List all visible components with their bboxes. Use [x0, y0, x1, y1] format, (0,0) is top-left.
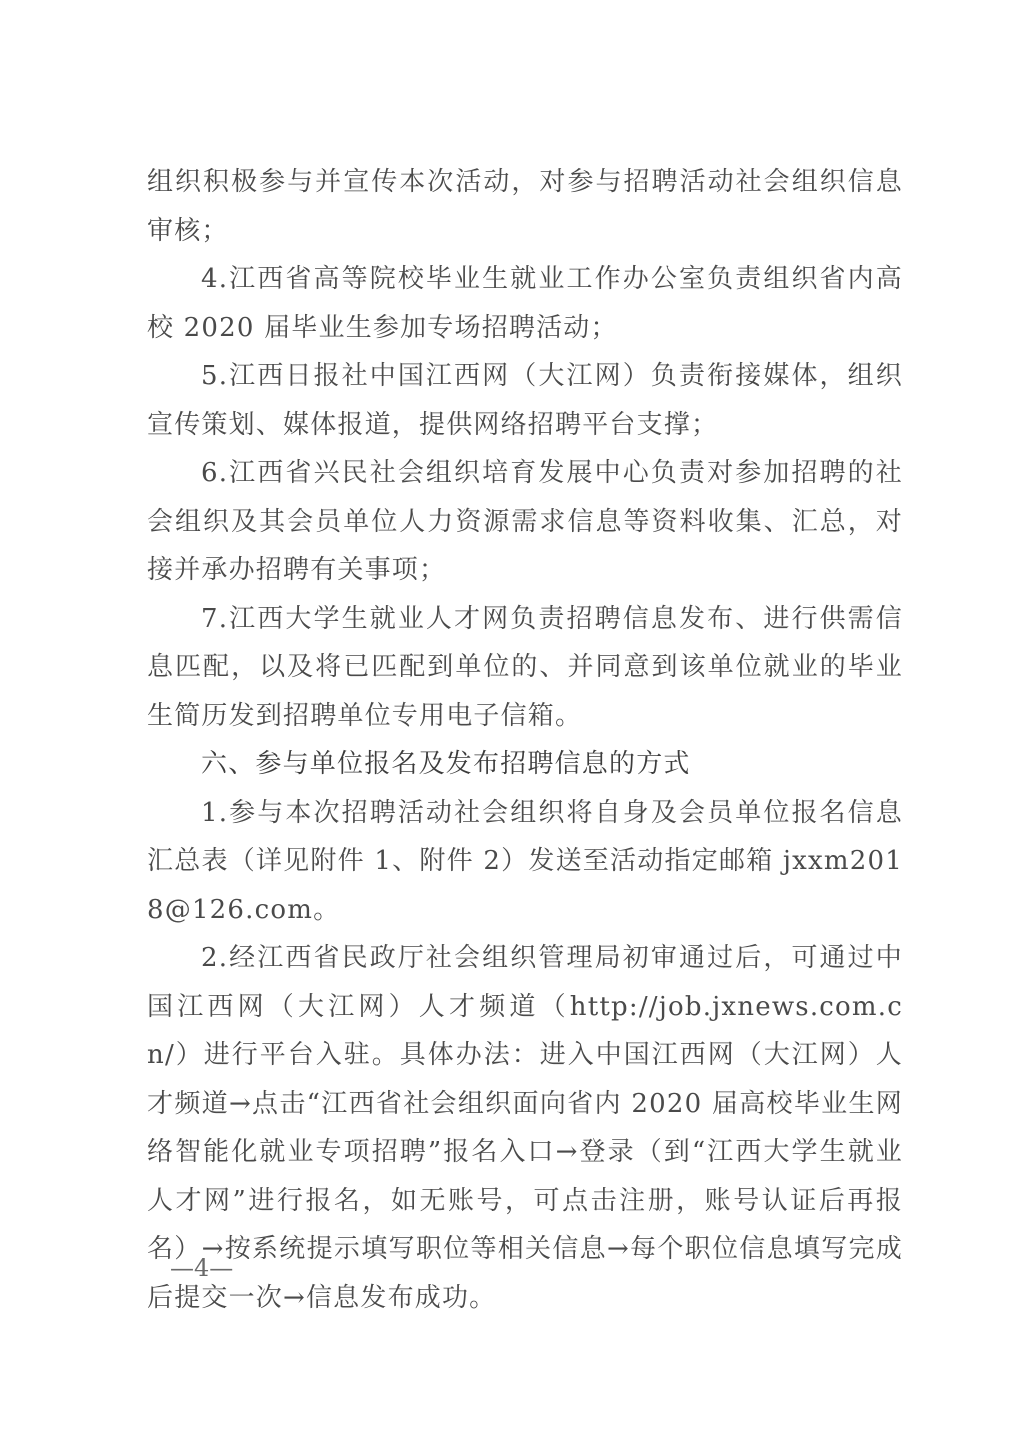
- paragraph-item-6: 6.江西省兴民社会组织培育发展中心负责对参加招聘的社会组织及其会员单位人力资源需…: [147, 449, 903, 595]
- paragraph-item-5: 5.江西日报社中国江西网（大江网）负责衔接媒体，组织宣传策划、媒体报道，提供网络…: [147, 352, 903, 449]
- paragraph-registration-2: 2.经江西省民政厅社会组织管理局初审通过后，可通过中国江西网（大江网）人才频道（…: [147, 934, 903, 1322]
- page-number: —4—: [170, 1254, 233, 1282]
- paragraph-continuation: 组织积极参与并宣传本次活动，对参与招聘活动社会组织信息审核；: [147, 158, 903, 255]
- paragraph-item-4: 4.江西省高等院校毕业生就业工作办公室负责组织省内高校 2020 届毕业生参加专…: [147, 255, 903, 352]
- paragraph-item-7: 7.江西大学生就业人才网负责招聘信息发布、进行供需信息匹配，以及将已匹配到单位的…: [147, 595, 903, 741]
- paragraph-registration-1: 1.参与本次招聘活动社会组织将自身及会员单位报名信息汇总表（详见附件 1、附件 …: [147, 789, 903, 935]
- section-heading: 六、参与单位报名及发布招聘信息的方式: [147, 740, 903, 789]
- document-body: 组织积极参与并宣传本次活动，对参与招聘活动社会组织信息审核； 4.江西省高等院校…: [147, 158, 903, 1322]
